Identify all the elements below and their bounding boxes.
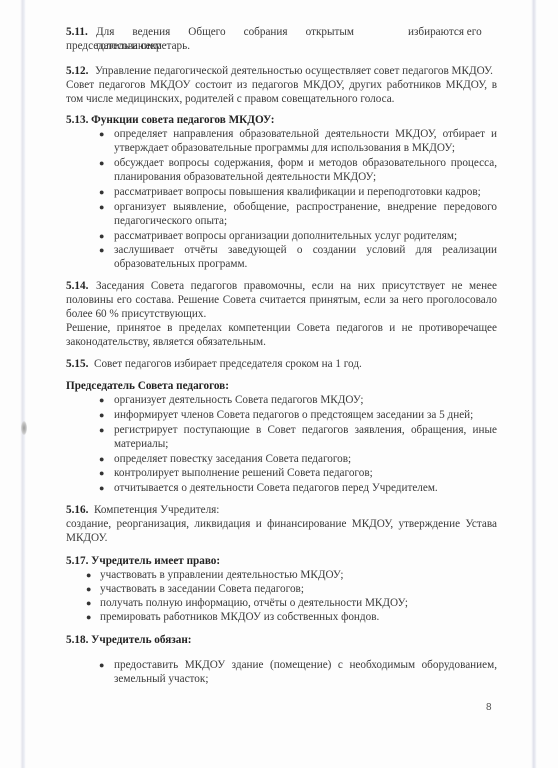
- paragraph-line: Компетенция Учредителя:: [94, 503, 219, 517]
- bullet-icon: ●: [99, 408, 104, 422]
- list-item-line: получать полную информацию, отчёты о дея…: [100, 596, 408, 610]
- bullet-icon: ●: [99, 156, 104, 170]
- list-item-line: образовательных программ.: [114, 257, 247, 271]
- bullet-icon: ●: [99, 658, 104, 672]
- paragraph-line: Совет педагогов МКДОУ состоит из педагог…: [66, 78, 497, 92]
- section-number: 5.11.: [66, 25, 88, 39]
- section-number: 5.16.: [66, 503, 88, 517]
- section-heading: 5.13. Функции совета педагогов МКДОУ:: [66, 113, 275, 127]
- bullet-icon: ●: [99, 200, 104, 214]
- paragraph-line: том числе медицинских, родителей с право…: [66, 92, 394, 106]
- scan-edge-right: [531, 0, 537, 768]
- list-item-line: информирует членов Совета педагогов о пр…: [114, 408, 473, 422]
- bullet-icon: ●: [99, 452, 104, 466]
- scan-edge-left: [20, 0, 26, 768]
- section-heading: 5.17. Учредитель имеет право:: [66, 554, 220, 568]
- list-item-line: участвовать в управлении деятельностью М…: [100, 568, 344, 582]
- list-item-line: организует деятельность Совета педагогов…: [114, 393, 363, 407]
- paragraph-line: более 60 % присутствующих.: [66, 307, 206, 321]
- list-item-line: предоставить МКДОУ здание (помещение) с …: [114, 658, 497, 672]
- list-item-line: контролирует выполнение решений Совета п…: [114, 466, 373, 480]
- list-item-line: педагогического опыта;: [114, 214, 227, 228]
- list-item-line: утверждает образовательные программы для…: [114, 141, 455, 155]
- list-item-line: определяет направления образовательной д…: [114, 127, 497, 141]
- paragraph-line: председатель и секретарь.: [66, 39, 190, 53]
- list-item-line: регистрирует поступающие в Совет педагог…: [114, 423, 497, 437]
- list-item-line: земельный участок;: [114, 672, 208, 686]
- bullet-icon: ●: [86, 582, 91, 596]
- list-item-line: материалы;: [114, 437, 168, 451]
- bullet-icon: ●: [99, 423, 104, 437]
- list-item-line: участвовать в заседании Совета педагогов…: [100, 582, 304, 596]
- paragraph-line: МКДОУ.: [66, 531, 107, 545]
- bullet-icon: ●: [86, 596, 91, 610]
- list-item-line: рассматривает вопросы организации дополн…: [114, 229, 457, 243]
- section-number: 5.12.: [66, 64, 88, 78]
- list-item-line: планирования образовательной деятельност…: [114, 170, 376, 184]
- bullet-icon: ●: [99, 127, 104, 141]
- bullet-icon: ●: [99, 481, 104, 495]
- paragraph-line: Управление педагогической деятельностью …: [95, 64, 493, 78]
- paragraph-line: Заседания Совета педагогов правомочны, е…: [96, 279, 497, 293]
- paragraph-line: Совет педагогов избирает председателя ср…: [94, 357, 362, 371]
- list-item-line: премировать работников МКДОУ из собствен…: [100, 610, 379, 624]
- paragraph-line: избираются его: [408, 25, 482, 39]
- bullet-icon: ●: [99, 393, 104, 407]
- list-item-line: отчитывается о деятельности Совета педаг…: [114, 481, 438, 495]
- list-item-line: обсуждает вопросы содержания, форм и мет…: [114, 156, 497, 170]
- document-page: 5.11. Для ведения Общего собрания открыт…: [0, 0, 558, 768]
- paragraph-line: половины его состава. Решение Совета счи…: [66, 293, 497, 307]
- bullet-icon: ●: [99, 243, 104, 257]
- section-heading: Председатель Совета педагогов:: [66, 379, 229, 393]
- punch-hole-mark: [21, 421, 27, 435]
- bullet-icon: ●: [99, 185, 104, 199]
- bullet-icon: ●: [99, 229, 104, 243]
- bullet-icon: ●: [86, 610, 91, 624]
- section-heading: 5.18. Учредитель обязан:: [66, 633, 192, 647]
- list-item-line: организует выявление, обобщение, распрос…: [114, 200, 497, 214]
- list-item-line: определяет повестку заседания Совета пед…: [114, 452, 351, 466]
- section-number: 5.15.: [66, 357, 88, 371]
- paragraph-line: создание, реорганизация, ликвидация и фи…: [66, 517, 497, 531]
- list-item-line: рассматривает вопросы повышения квалифик…: [114, 185, 481, 199]
- page-number: 8: [486, 702, 492, 713]
- section-number: 5.14.: [66, 279, 88, 293]
- paragraph-line: Решение, принятое в пределах компетенции…: [66, 321, 497, 335]
- bullet-icon: ●: [86, 568, 91, 582]
- paragraph-line: законодательству, является обязательным.: [66, 335, 266, 349]
- bullet-icon: ●: [99, 466, 104, 480]
- list-item-line: заслушивает отчёты заведующей о создании…: [114, 243, 497, 257]
